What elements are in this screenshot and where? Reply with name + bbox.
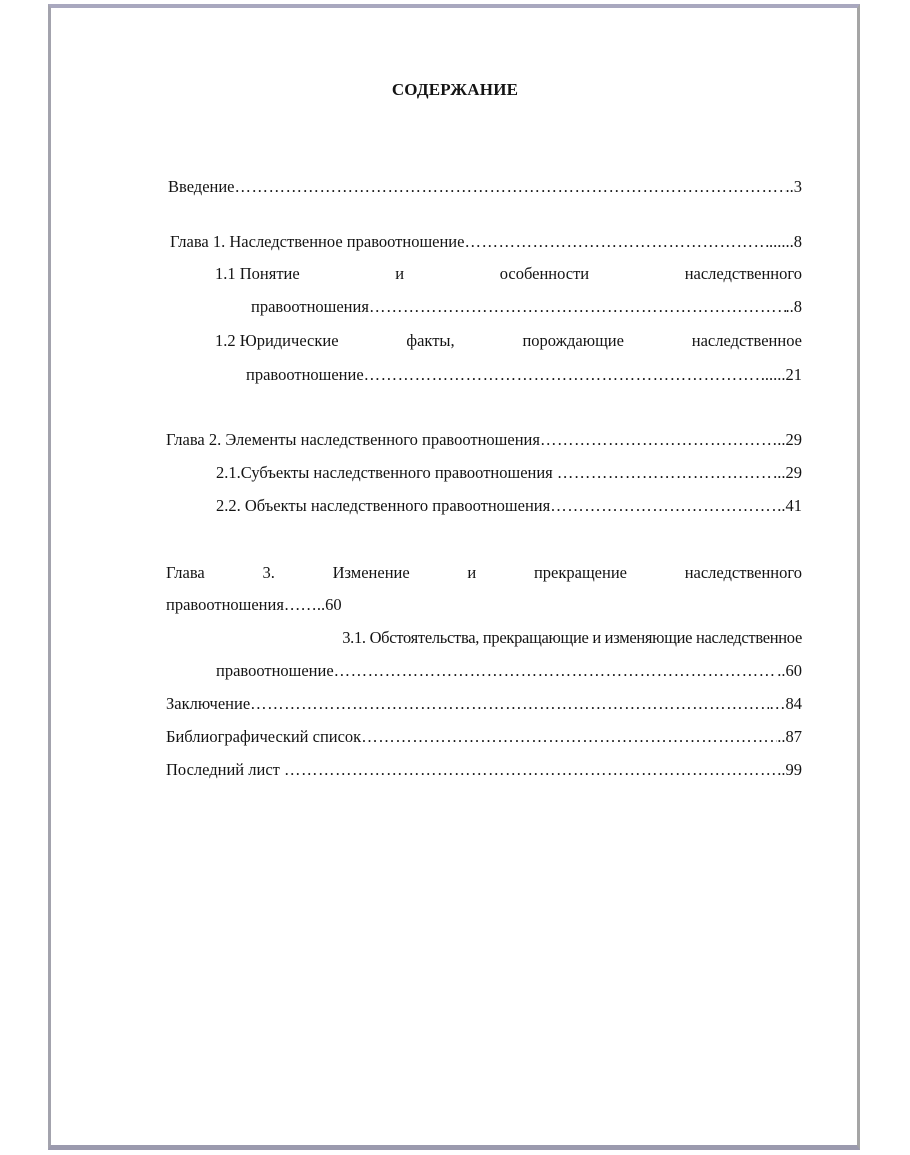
- entry-text: 2.2. Объекты наследственного правоотноше…: [216, 495, 550, 517]
- word: факты,: [406, 330, 454, 352]
- entry-page: ..60: [777, 660, 802, 682]
- toc-entry-last-sheet[interactable]: Последний лист ..99: [166, 759, 802, 781]
- entry-text: Введение: [168, 176, 235, 198]
- word: 1.2 Юридические: [215, 330, 339, 352]
- entry-page: ..8: [786, 296, 803, 318]
- word: прекращение: [534, 562, 627, 584]
- entry-page: ......8: [769, 231, 802, 253]
- entry-text: правоотношение: [216, 660, 334, 682]
- toc-entry-section-2-1[interactable]: 2.1.Субъекты наследственного правоотноше…: [216, 462, 802, 484]
- toc-entry-section-2-2[interactable]: 2.2. Объекты наследственного правоотноше…: [216, 495, 802, 517]
- leader-dots: [364, 364, 765, 386]
- leader-dots: [557, 462, 773, 484]
- word: Глава: [166, 562, 205, 584]
- toc-entry-chapter-3-line1[interactable]: Глава 3. Изменение и прекращение наследс…: [166, 562, 802, 584]
- toc-entry-chapter-2[interactable]: Глава 2. Элементы наследственного правоо…: [166, 429, 802, 451]
- entry-text: правоотношения: [251, 296, 369, 318]
- word: и: [467, 562, 476, 584]
- word: особенности: [500, 263, 589, 285]
- entry-page: ...29: [773, 462, 802, 484]
- leader-dots: [250, 693, 769, 715]
- entry-text: Последний лист: [166, 759, 284, 781]
- entry-page: ..87: [777, 726, 802, 748]
- toc-entry-conclusion[interactable]: Заключение …84: [166, 693, 802, 715]
- toc-entry-section-1-2-line1[interactable]: 1.2 Юридические факты, порождающие насле…: [215, 330, 802, 352]
- toc-entry-section-3-1-line1[interactable]: 3.1. Обстоятельства, прекращающие и изме…: [245, 627, 802, 649]
- word: наследственного: [685, 263, 802, 285]
- leader-dots: [369, 296, 786, 318]
- toc-entry-chapter-1[interactable]: Глава 1. Наследственное правоотношение .…: [170, 231, 802, 253]
- toc-title: СОДЕРЖАНИЕ: [0, 80, 910, 100]
- toc-entry-chapter-3-line2[interactable]: правоотношения……..60: [166, 594, 342, 616]
- entry-text: Заключение: [166, 693, 250, 715]
- word: и: [395, 263, 404, 285]
- leader-dots: [235, 176, 786, 198]
- entry-text: правоотношения……..60: [166, 595, 342, 614]
- toc-entry-section-1-1-line2[interactable]: правоотношения ..8: [251, 296, 802, 318]
- leader-dots: [550, 495, 777, 517]
- word: 3.: [262, 562, 274, 584]
- entry-page: ..41: [777, 495, 802, 517]
- word: наследственного: [685, 562, 802, 584]
- word: порождающие: [522, 330, 623, 352]
- entry-text: Глава 1. Наследственное правоотношение: [170, 231, 464, 253]
- entry-page: ..3: [786, 176, 803, 198]
- toc-entry-intro[interactable]: Введение ..3: [168, 176, 802, 198]
- leader-dots: [361, 726, 777, 748]
- toc-entry-bibliography[interactable]: Библиографический список ..87: [166, 726, 802, 748]
- entry-page: .....21: [765, 364, 802, 386]
- word: 1.1 Понятие: [215, 263, 300, 285]
- entry-text: 2.1.Субъекты наследственного правоотноше…: [216, 462, 557, 484]
- leader-dots: [540, 429, 777, 451]
- entry-page: ..29: [777, 429, 802, 451]
- entry-text: правоотношение: [246, 364, 364, 386]
- toc-entry-section-1-2-line2[interactable]: правоотношение .....21: [246, 364, 802, 386]
- toc-entry-section-1-1-line1[interactable]: 1.1 Понятие и особенности наследственног…: [215, 263, 802, 285]
- entry-page: ..99: [777, 759, 802, 781]
- toc-entry-section-3-1-line2[interactable]: правоотношение ..60: [216, 660, 802, 682]
- leader-dots: [284, 759, 777, 781]
- entry-page: …84: [769, 693, 802, 715]
- word: наследственное: [692, 330, 802, 352]
- entry-text: 3.1. Обстоятельства, прекращающие и изме…: [342, 628, 802, 647]
- word: Изменение: [333, 562, 410, 584]
- leader-dots: [464, 231, 769, 253]
- entry-text: Глава 2. Элементы наследственного правоо…: [166, 429, 540, 451]
- entry-text: Библиографический список: [166, 726, 361, 748]
- leader-dots: [334, 660, 778, 682]
